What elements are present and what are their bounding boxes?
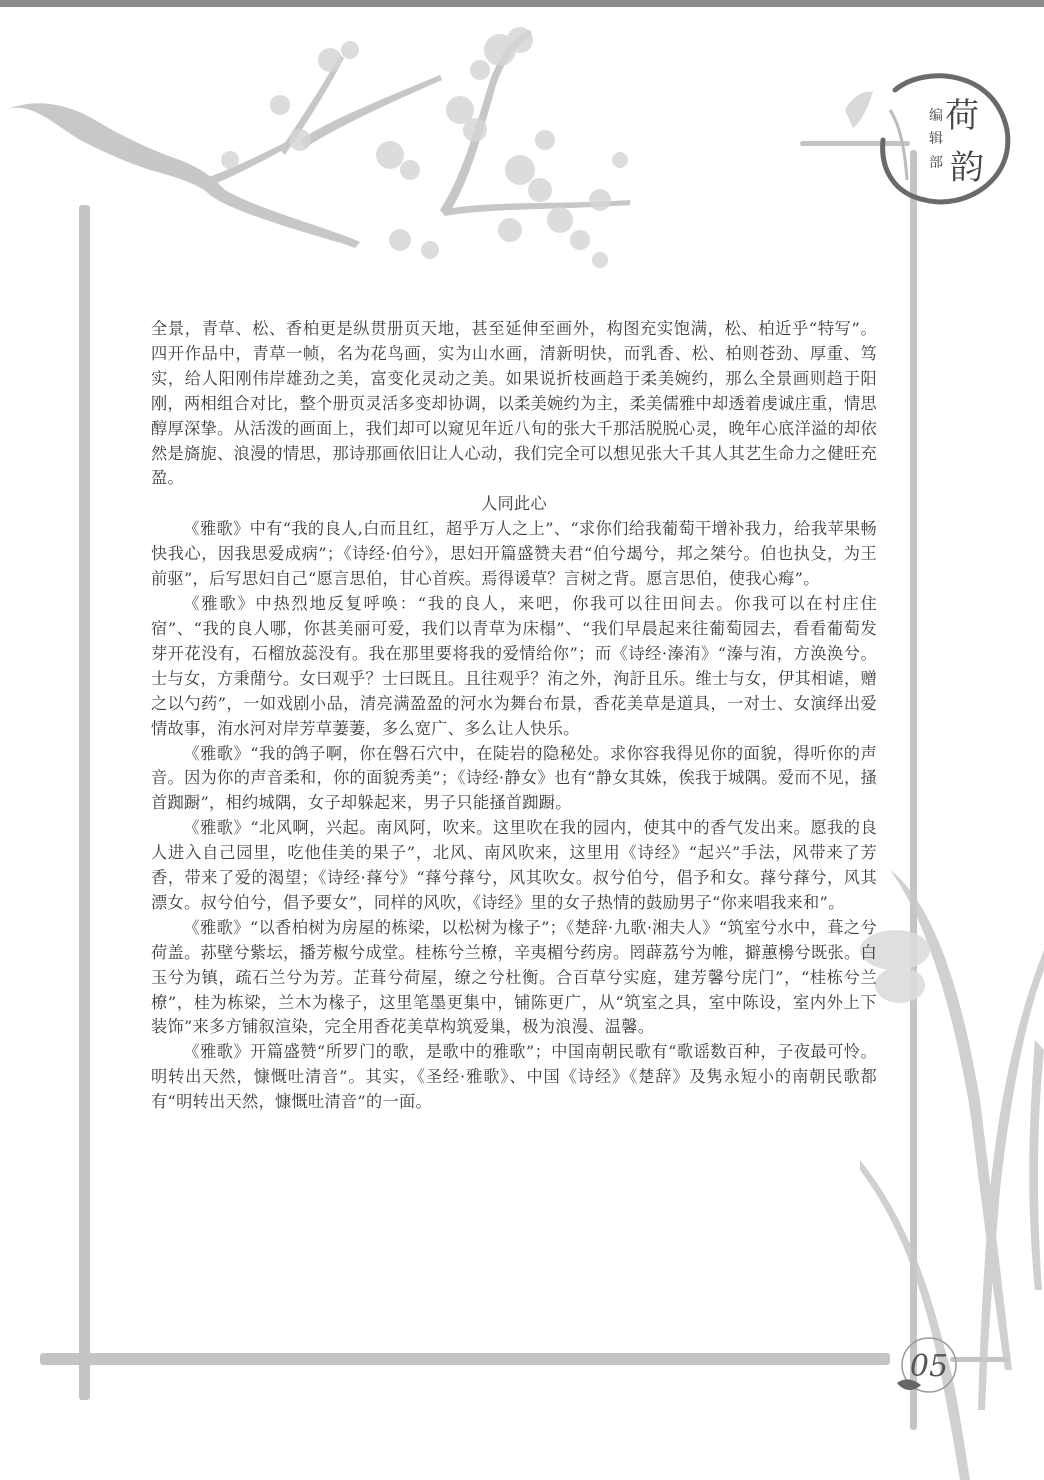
paragraph: 《雅歌》中热烈地反复呼唤：“我的良人，来吧，你我可以往田间去。你我可以在村庄住宿… [151,592,877,741]
paragraph: 《雅歌》开篇盛赞“所罗门的歌，是歌中的雅歌”；中国南朝民歌有“歌谣数百种，子夜最… [151,1040,877,1115]
paragraph: 《雅歌》中有“我的良人,白而且红，超乎万人之上”、“求你们给我葡萄干增补我力，给… [151,517,877,592]
logo-char-he: 荷 [945,88,979,137]
logo-sub-bu: 部 [929,152,943,172]
plum-branch-illustration [0,10,660,310]
frame-left-border [79,205,90,1400]
paragraph: 《雅歌》“北风啊，兴起。南风阿，吹来。这里吹在我的园内，使其中的香气发出来。愿我… [151,816,877,916]
frame-bottom-border [40,1353,890,1365]
logo-sub-ji: 辑 [929,128,943,148]
page-number: 05 [898,1340,960,1394]
magazine-logo: 荷 韵 编 辑 部 [835,70,1015,210]
top-edge-bar [0,0,1044,7]
butterfly-icon [845,92,873,128]
logo-sub-bian: 编 [929,105,943,125]
section-title: 人同此心 [151,491,877,517]
intro-paragraph: 全景，青草、松、香柏更是纵贯册页天地，甚至延伸至画外，构图充实饱满，松、柏近乎“… [151,317,877,491]
paragraph: 《雅歌》“以香柏树为房屋的栋梁，以松树为椽子”；《楚辞·九歌·湘夫人》“筑室兮水… [151,916,877,1041]
logo-char-yun: 韵 [950,140,984,189]
paragraph: 《雅歌》“我的鸽子啊，你在磐石穴中，在陡岩的隐秘处。求你容我得见你的面貌，得听你… [151,742,877,817]
ink-circle-icon [835,70,1015,210]
article-body: 全景，青草、松、香柏更是纵贯册页天地，甚至延伸至画外，构图充实饱满，松、柏近乎“… [151,317,877,1115]
